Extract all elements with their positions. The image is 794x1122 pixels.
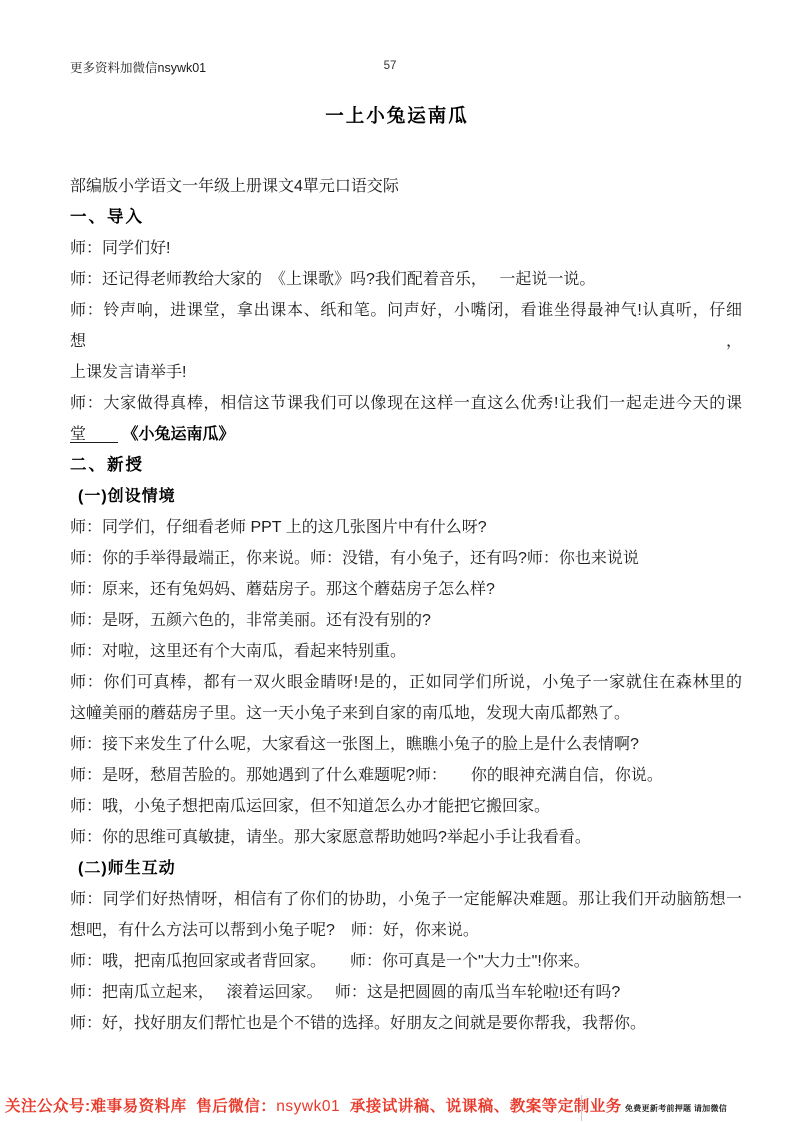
dialogue-line: 师：铃声响，进课堂，拿出课本、纸和笔。问声好，小嘴闭，看谁坐得最神气!认真听，仔… (70, 295, 742, 357)
dialogue-line: 师：是呀，五颜六色的，非常美丽。还有没有别的? (70, 605, 742, 636)
dialogue-line: 师：大家做得真棒，相信这节课我们可以像现在这样一直这么优秀!让我们一起走进今天的… (70, 388, 742, 419)
dialogue-line: 师：接下来发生了什么呢，大家看这一张图上，瞧瞧小兔子的脸上是什么表情啊? (70, 729, 742, 760)
promo-text: 关注公众号:难事易资料库 售后微信： (5, 1098, 276, 1115)
dialogue-line: 师：同学们好热情呀，相信有了你们的协助，小兔子一定能解决难题。那让我们开动脑筋想… (70, 884, 742, 915)
dialogue-line: 想吧，有什么方法可以帮到小兔子呢? 师：好，你来说。 (70, 915, 742, 946)
subsection-heading: (二)师生互动 (70, 853, 742, 884)
footer-promo-banner: 关注公众号:难事易资料库 售后微信：nsywk01 承接试讲稿、说课稿、教案等定… (5, 1094, 622, 1116)
dialogue-line: 师：哦，把南瓜抱回家或者背回家。 师：你可真是一个"大力士"!你来。 (70, 946, 742, 977)
page-title: 一上小兔运南瓜 (0, 102, 794, 128)
dialogue-line: 这幢美丽的蘑菇房子里。这一天小兔子来到自家的南瓜地，发现大南瓜都熟了。 (70, 698, 742, 729)
page-number: 57 (0, 60, 780, 72)
promo-text: 承接试讲稿、说课稿、教案等定制业务 (340, 1098, 622, 1115)
promo-wechat-id: nsywk01 (276, 1098, 340, 1115)
dialogue-line: 师：你们可真棒，都有一双火眼金睛呀!是的，正如同学们所说，小兔子一家就住在森林里… (70, 667, 742, 698)
document-body: 部编版小学语文一年级上册课文4單元口语交际一、导入师：同学们好!师：还记得老师教… (70, 171, 742, 1039)
dialogue-line: 师：同学们，仔细看老师 PPT 上的这几张图片中有什么呀? (70, 512, 742, 543)
dialogue-line: 师：好，找好朋友们帮忙也是个不错的选择。好朋友之间就是要你帮我，我帮你。 (70, 1008, 742, 1039)
meta-line: 部编版小学语文一年级上册课文4單元口语交际 (70, 171, 742, 202)
footer-divider (581, 1095, 582, 1121)
dialogue-line: 师：你的思维可真敏捷，请坐。那大家愿意帮助她吗?举起小手让我看看。 (70, 822, 742, 853)
section-heading: 二、新授 (70, 450, 742, 481)
dialogue-line: 师：还记得老师教给大家的 《上课歌》吗?我们配着音乐， 一起说一说。 (70, 264, 742, 295)
dialogue-line: 上课发言请举手! (70, 357, 742, 388)
text-segment: 《小兔运南瓜》 (122, 426, 234, 443)
dialogue-line: 师：哦，小兔子想把南瓜运回家，但不知道怎么办才能把它搬回家。 (70, 791, 742, 822)
dialogue-line: 师：是呀，愁眉苦脸的。那她遇到了什么难题呢?师： 你的眼神充满自信，你说。 (70, 760, 742, 791)
text-segment: 堂 (70, 426, 118, 443)
dialogue-line: 师：你的手举得最端正，你来说。师：没错，有小兔子，还有吗?师：你也来说说 (70, 543, 742, 574)
dialogue-line: 师：原来，还有兔妈妈、蘑菇房子。那这个蘑菇房子怎么样? (70, 574, 742, 605)
dialogue-line: 师：同学们好! (70, 233, 742, 264)
section-heading: 一、导入 (70, 202, 742, 233)
footer-note: 免费更新考前押题 请加微信 (616, 1103, 736, 1114)
subsection-heading: (一)创设情境 (70, 481, 742, 512)
underlined-blank-line: 堂 《小兔运南瓜》 (70, 419, 742, 450)
dialogue-line: 师：对啦，这里还有个大南瓜，看起来特别重。 (70, 636, 742, 667)
document-page: 更多资料加微信nsywk01 57 一上小兔运南瓜 部编版小学语文一年级上册课文… (0, 0, 794, 1122)
dialogue-line: 师：把南瓜立起来， 滚着运回家。 师：这是把圆圆的南瓜当车轮啦!还有吗? (70, 977, 742, 1008)
